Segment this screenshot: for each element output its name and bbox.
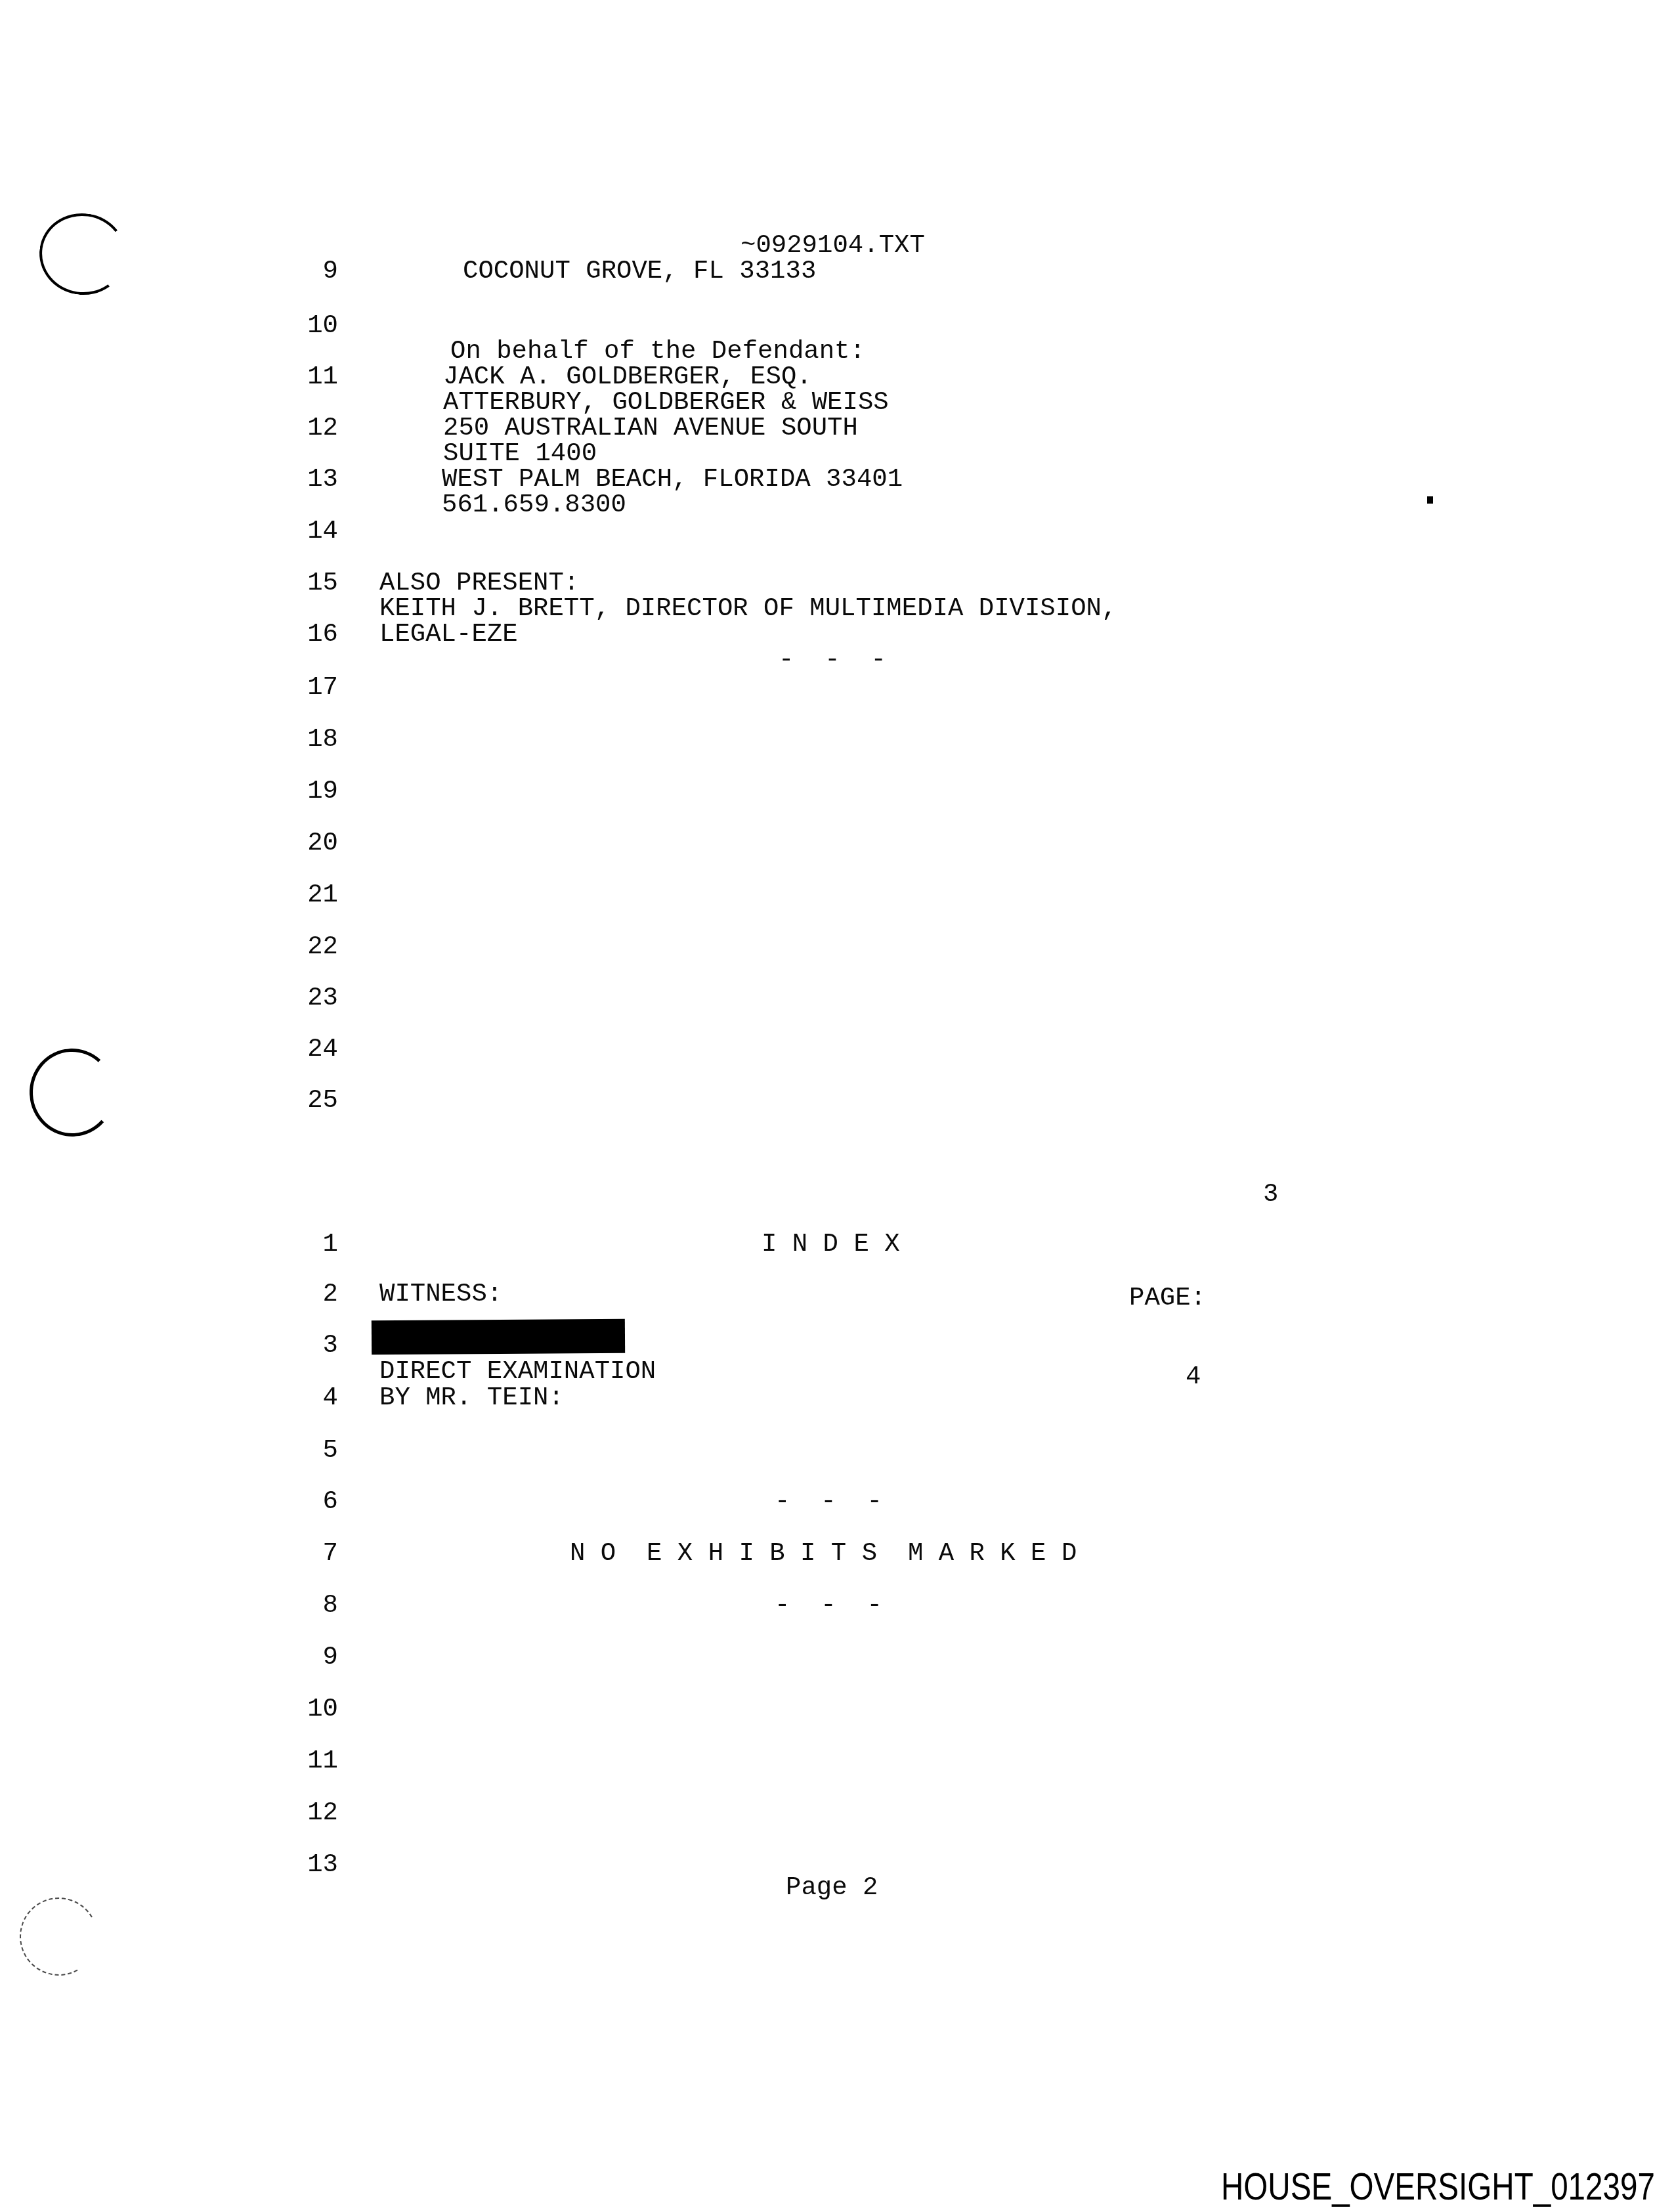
line-number: 18 xyxy=(263,727,338,752)
line-number: 8 xyxy=(263,1593,338,1618)
page-number: 3 xyxy=(1263,1182,1278,1207)
line-number: 10 xyxy=(263,313,338,339)
also-present-label: ALSO PRESENT: xyxy=(379,571,579,596)
line-number: 16 xyxy=(263,622,338,647)
line-number: 5 xyxy=(263,1438,338,1464)
bates-number: HOUSE_OVERSIGHT_012397 xyxy=(1221,2168,1655,2206)
scanned-transcript-page: ~0929104.TXT 9 10 11 12 13 14 15 16 17 1… xyxy=(0,0,1674,2212)
file-header: ~0929104.TXT xyxy=(740,233,925,259)
index-title: I N D E X xyxy=(762,1232,900,1257)
line-number: 11 xyxy=(263,1748,338,1774)
examiner-by-line: BY MR. TEIN: xyxy=(379,1385,564,1411)
witness-label: WITNESS: xyxy=(379,1282,502,1307)
section-separator: - - - xyxy=(775,1489,882,1515)
also-present-name: KEITH J. BRETT, DIRECTOR OF MULTIMEDIA D… xyxy=(379,596,1117,622)
line-number: 23 xyxy=(263,986,338,1011)
scan-speck xyxy=(1427,496,1433,504)
hole-punch-mark-middle xyxy=(28,1047,118,1139)
line-number: 13 xyxy=(263,467,338,492)
line-number: 12 xyxy=(263,416,338,441)
section-separator: - - - xyxy=(779,647,886,673)
location-line: COCONUT GROVE, FL 33133 xyxy=(463,259,816,284)
no-exhibits-line: N O E X H I B I T S M A R K E D xyxy=(570,1541,1077,1567)
line-number: 12 xyxy=(263,1800,338,1826)
line-number: 13 xyxy=(263,1852,338,1878)
line-number: 9 xyxy=(263,1645,338,1670)
line-number: 14 xyxy=(263,519,338,544)
line-number: 3 xyxy=(263,1333,338,1358)
line-number: 19 xyxy=(263,779,338,804)
line-number: 15 xyxy=(263,571,338,596)
line-number: 9 xyxy=(263,259,338,284)
direct-examination-entry: DIRECT EXAMINATION xyxy=(379,1359,656,1385)
direct-examination-page-ref: 4 xyxy=(1186,1364,1201,1390)
also-present-org: LEGAL-EZE xyxy=(379,622,518,647)
law-firm: ATTERBURY, GOLDBERGER & WEISS xyxy=(443,390,889,416)
page-column-label: PAGE: xyxy=(1129,1286,1206,1311)
address-line-2: SUITE 1400 xyxy=(443,441,597,467)
line-number: 24 xyxy=(263,1037,338,1062)
line-number: 6 xyxy=(263,1489,338,1515)
line-number: 21 xyxy=(263,882,338,908)
attorney-name: JACK A. GOLDBERGER, ESQ. xyxy=(443,364,812,390)
phone-number: 561.659.8300 xyxy=(442,492,626,518)
redaction-bar xyxy=(372,1319,625,1355)
hole-punch-mark-top xyxy=(34,207,131,300)
line-number: 20 xyxy=(263,831,338,856)
on-behalf-line: On behalf of the Defendant: xyxy=(450,339,865,364)
line-number: 10 xyxy=(263,1697,338,1722)
address-line-3: WEST PALM BEACH, FLORIDA 33401 xyxy=(442,467,903,492)
section-separator: - - - xyxy=(775,1593,882,1618)
line-number: 11 xyxy=(263,364,338,390)
line-number: 7 xyxy=(263,1541,338,1567)
line-number: 2 xyxy=(263,1282,338,1307)
line-number: 22 xyxy=(263,934,338,960)
address-line-1: 250 AUSTRALIAN AVENUE SOUTH xyxy=(443,416,858,441)
line-number: 1 xyxy=(263,1232,338,1257)
page-footer-label: Page 2 xyxy=(786,1875,878,1901)
line-number: 25 xyxy=(263,1088,338,1114)
hole-punch-mark-bottom xyxy=(11,1889,107,1985)
line-number: 4 xyxy=(263,1385,338,1411)
line-number: 17 xyxy=(263,675,338,701)
